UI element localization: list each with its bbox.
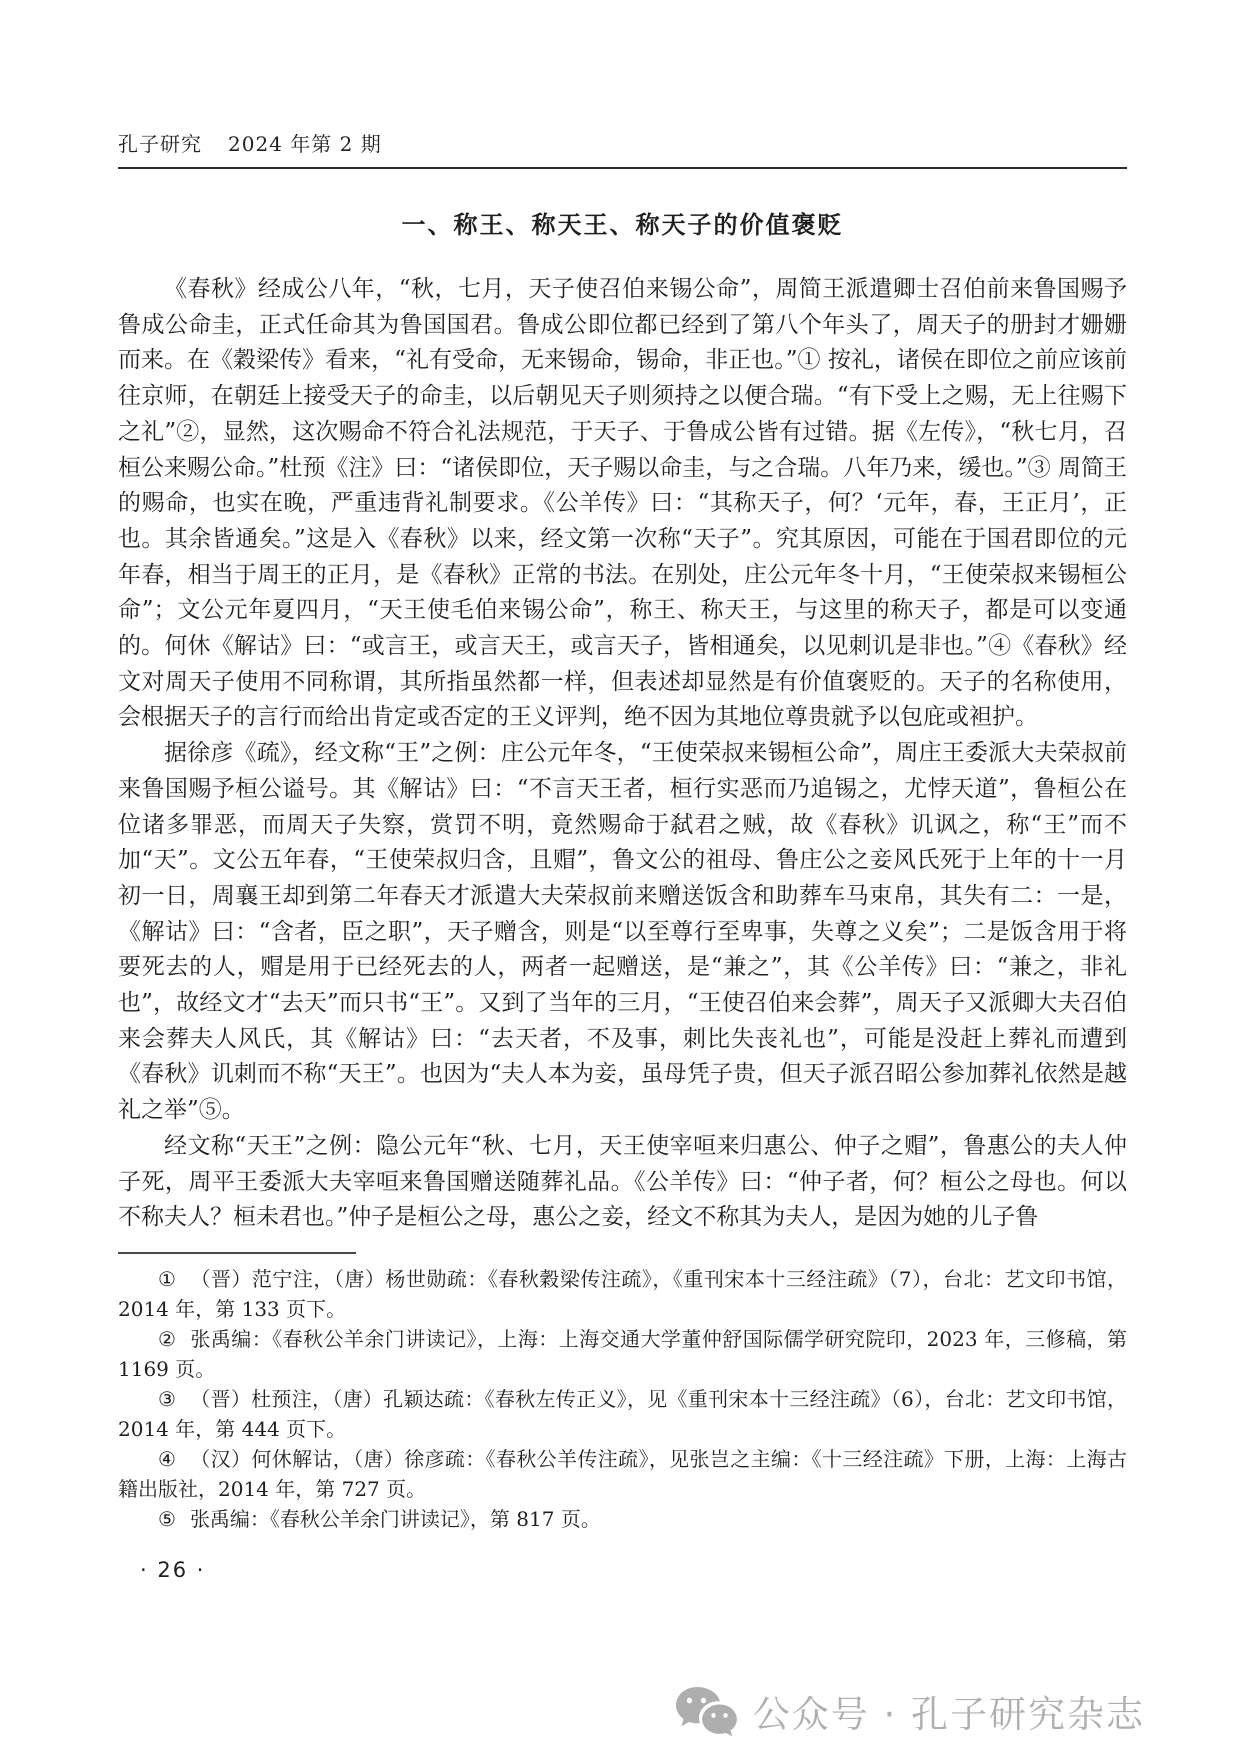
page-content: 孔子研究2024 年第 2 期 一、称王、称天王、称天子的价值褒贬 《春秋》经成… <box>118 0 1127 1582</box>
footnote-text: （晋）杜预注，（唐）孔颖达疏：《春秋左传正义》，见《重刊宋本十三经注疏》（6），… <box>118 1387 1127 1441</box>
footnote: ④（汉）何休解诂，（唐）徐彦疏：《春秋公羊传注疏》，见张岂之主编：《十三经注疏》… <box>118 1444 1127 1504</box>
footnote-text: 张禹编：《春秋公羊余门讲读记》，上海：上海交通大学董仲舒国际儒学研究院印，202… <box>118 1327 1127 1381</box>
footnote-text: 张禹编：《春秋公羊余门讲读记》，第 817 页。 <box>190 1507 601 1531</box>
watermark: 公众号 · 孔子研究杂志 <box>675 1684 1145 1738</box>
footnote-text: （晋）范宁注，（唐）杨世勋疏：《春秋穀梁传注疏》，《重刊宋本十三经注疏》（7），… <box>118 1267 1127 1321</box>
paragraph: 《春秋》经成公八年，“秋，七月，天子使召伯来锡公命”，周简王派遣卿士召伯前来鲁国… <box>118 272 1127 736</box>
footnote: ③（晋）杜预注，（唐）孔颖达疏：《春秋左传正义》，见《重刊宋本十三经注疏》（6）… <box>118 1384 1127 1444</box>
footnote-marker: ③ <box>158 1387 176 1411</box>
issue-label: 2024 年第 2 期 <box>228 132 382 156</box>
footnote: ①（晋）范宁注，（唐）杨世勋疏：《春秋穀梁传注疏》，《重刊宋本十三经注疏》（7）… <box>118 1264 1127 1324</box>
footnote: ②张禹编：《春秋公羊余门讲读记》，上海：上海交通大学董仲舒国际儒学研究院印，20… <box>118 1324 1127 1384</box>
paragraph: 据徐彦《疏》，经文称“王”之例：庄公元年冬，“王使荣叔来锡桓公命”，周庄王委派大… <box>118 736 1127 1129</box>
footnote-marker: ⑤ <box>158 1507 176 1531</box>
journal-name: 孔子研究 <box>118 132 202 156</box>
watermark-text: 公众号 · 孔子研究杂志 <box>753 1684 1145 1738</box>
page-number: · 26 · <box>140 1558 1127 1582</box>
footnote: ⑤张禹编：《春秋公羊余门讲读记》，第 817 页。 <box>118 1504 1127 1534</box>
article-body: 《春秋》经成公八年，“秋，七月，天子使召伯来锡公命”，周简王派遣卿士召伯前来鲁国… <box>118 272 1127 1236</box>
journal-page: 孔子研究2024 年第 2 期 一、称王、称天王、称天子的价值褒贬 《春秋》经成… <box>0 0 1241 1754</box>
footnote-text: （汉）何休解诂，（唐）徐彦疏：《春秋公羊传注疏》，见张岂之主编：《十三经注疏》下… <box>118 1447 1127 1501</box>
section-title: 一、称王、称天王、称天子的价值褒贬 <box>118 205 1127 240</box>
footnote-marker: ① <box>158 1267 176 1291</box>
footnote-marker: ② <box>158 1327 176 1351</box>
paragraph: 经文称“天王”之例：隐公元年“秋、七月，天王使宰咺来归惠公、仲子之赗”，鲁惠公的… <box>118 1129 1127 1236</box>
footnote-marker: ④ <box>158 1447 176 1471</box>
running-header: 孔子研究2024 年第 2 期 <box>118 0 1127 169</box>
footnote-divider <box>118 1252 356 1254</box>
wechat-icon <box>675 1685 739 1737</box>
footnotes: ①（晋）范宁注，（唐）杨世勋疏：《春秋穀梁传注疏》，《重刊宋本十三经注疏》（7）… <box>118 1264 1127 1534</box>
